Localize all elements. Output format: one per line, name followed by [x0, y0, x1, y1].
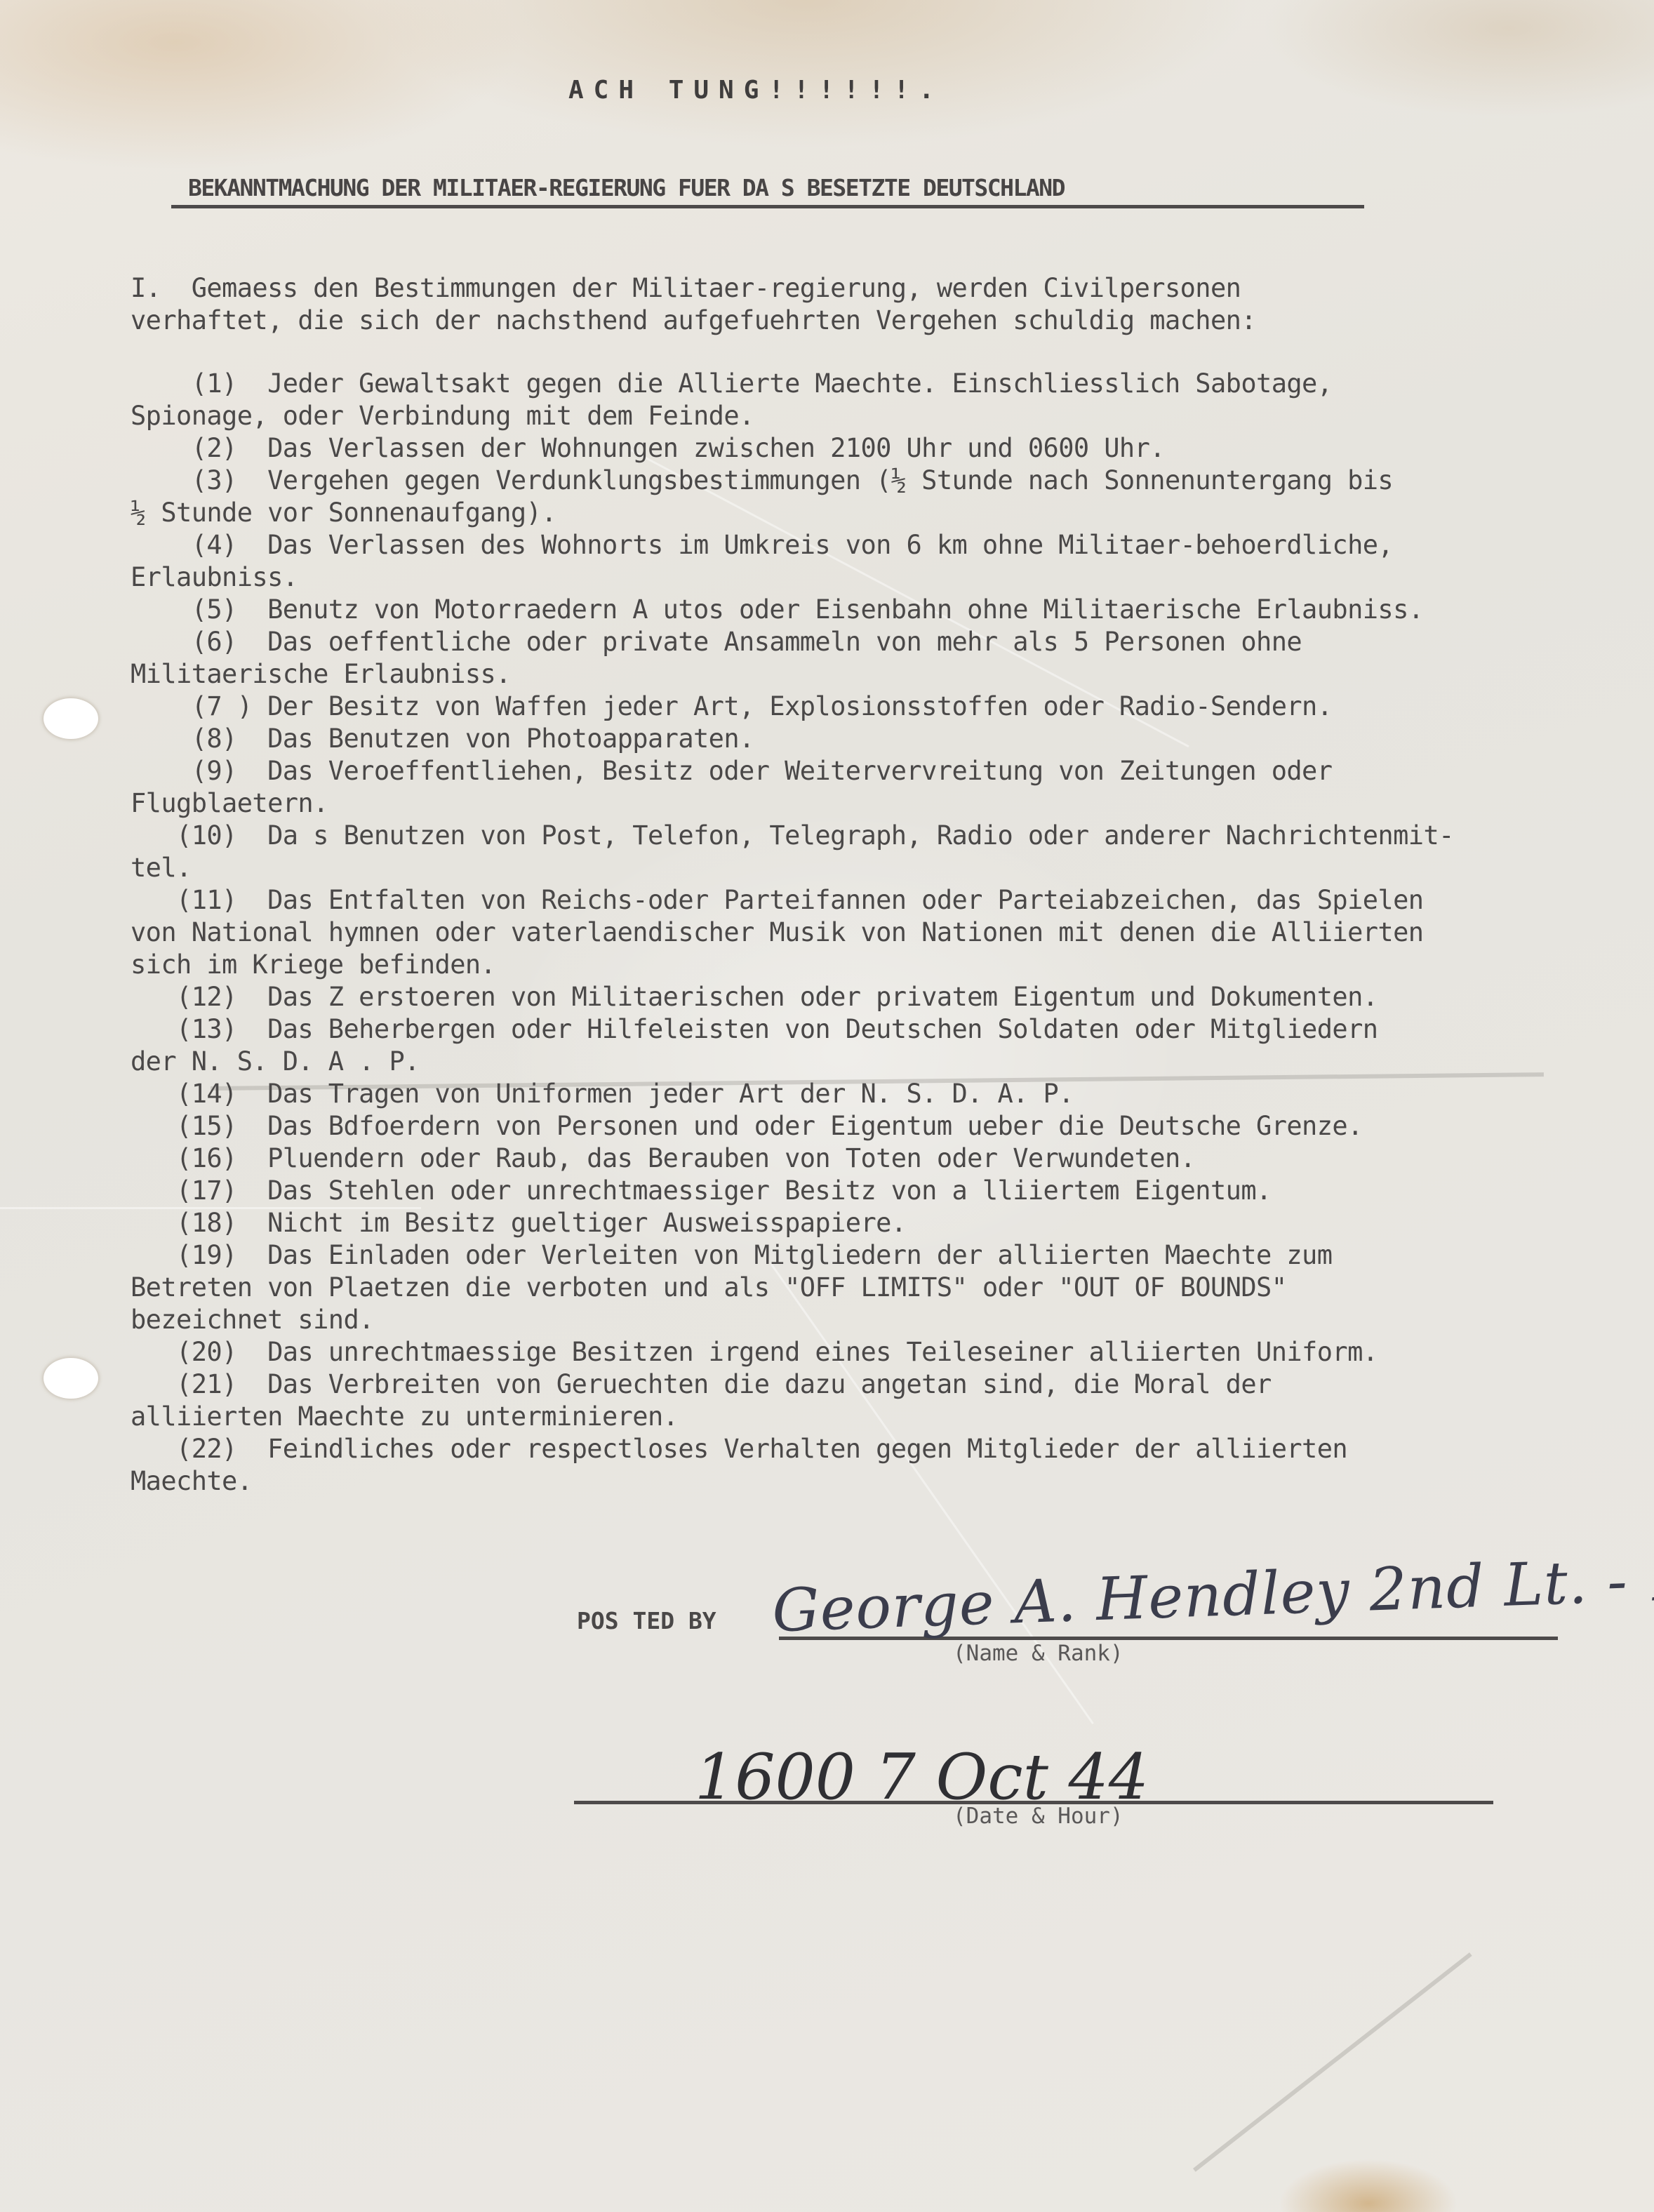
offense-item: (8) Das Benutzen von Photoapparaten. [131, 723, 1639, 755]
offense-item-line: (4) Das Verlassen des Wohnorts im Umkrei… [131, 529, 1639, 561]
offense-item-line: (20) Das unrechtmaessige Besitzen irgend… [131, 1336, 1639, 1368]
offense-item-line: (22) Feindliches oder respectloses Verha… [131, 1433, 1639, 1465]
offense-item: (15) Das Bdfoerdern von Personen und ode… [131, 1110, 1639, 1142]
offense-item-line: (14) Das Tragen von Uniformen jeder Art … [131, 1078, 1639, 1110]
offense-item: (6) Das oeffentliche oder private Ansamm… [131, 626, 1639, 691]
intro-line: I. Gemaess den Bestimmungen der Militaer… [131, 272, 1639, 305]
offense-item-line: (1) Jeder Gewaltsakt gegen die Allierte … [131, 368, 1639, 400]
offense-item-line: (6) Das oeffentliche oder private Ansamm… [131, 626, 1639, 658]
offense-item-line: (5) Benutz von Motorraedern A utos oder … [131, 594, 1639, 626]
document-subtitle: BEKANNTMACHUNG DER MILITAER-REGIERUNG FU… [188, 174, 1065, 201]
offense-item-line: Betreten von Plaetzen die verboten und a… [131, 1272, 1639, 1304]
offense-list: (1) Jeder Gewaltsakt gegen die Allierte … [131, 368, 1639, 1498]
offense-item-line: alliierten Maechte zu unterminieren. [131, 1401, 1639, 1433]
offense-item: (19) Das Einladen oder Verleiten von Mit… [131, 1239, 1639, 1336]
offense-item: (2) Das Verlassen der Wohnungen zwischen… [131, 432, 1639, 465]
offense-item-line: (13) Das Beherbergen oder Hilfeleisten v… [131, 1013, 1639, 1046]
offense-item-line: (12) Das Z erstoeren von Militaerischen … [131, 981, 1639, 1013]
offense-item-line: (2) Das Verlassen der Wohnungen zwischen… [131, 432, 1639, 465]
notice-body: I. Gemaess den Bestimmungen der Militaer… [131, 272, 1639, 1498]
offense-item: (4) Das Verlassen des Wohnorts im Umkrei… [131, 529, 1639, 594]
offense-item-line: Militaerische Erlaubniss. [131, 658, 1639, 691]
offense-item: (7 ) Der Besitz von Waffen jeder Art, Ex… [131, 691, 1639, 723]
offense-item-line: (11) Das Entfalten von Reichs-oder Parte… [131, 884, 1639, 917]
offense-item-line: Erlaubniss. [131, 561, 1639, 594]
offense-item: (13) Das Beherbergen oder Hilfeleisten v… [131, 1013, 1639, 1078]
offense-item: (16) Pluendern oder Raub, das Berauben v… [131, 1142, 1639, 1175]
posted-by-label: POS TED BY [577, 1607, 716, 1634]
document-title: ACH TUNG!!!!!!. [568, 76, 944, 105]
offense-item-line: sich im Kriege befinden. [131, 949, 1639, 981]
offense-item-line: (17) Das Stehlen oder unrechtmaessiger B… [131, 1175, 1639, 1207]
offense-item-line: bezeichnet sind. [131, 1304, 1639, 1336]
name-rank-caption: (Name & Rank) [953, 1641, 1123, 1666]
offense-item: (18) Nicht im Besitz gueltiger Ausweissp… [131, 1207, 1639, 1239]
offense-item-line: Spionage, oder Verbindung mit dem Feinde… [131, 400, 1639, 432]
offense-item-line: tel. [131, 852, 1639, 884]
offense-item-line: von National hymnen oder vaterlaendische… [131, 917, 1639, 949]
offense-item: (9) Das Veroeffentliehen, Besitz oder We… [131, 755, 1639, 820]
offense-item-line: (8) Das Benutzen von Photoapparaten. [131, 723, 1639, 755]
offense-item: (22) Feindliches oder respectloses Verha… [131, 1433, 1639, 1498]
offense-item-line: Maechte. [131, 1465, 1639, 1498]
offense-item-line: (10) Da s Benutzen von Post, Telefon, Te… [131, 820, 1639, 852]
subtitle-underline [171, 205, 1364, 208]
offense-item-line: (19) Das Einladen oder Verleiten von Mit… [131, 1239, 1639, 1272]
offense-item: (11) Das Entfalten von Reichs-oder Parte… [131, 884, 1639, 981]
punch-hole [44, 698, 98, 739]
offense-item: (14) Das Tragen von Uniformen jeder Art … [131, 1078, 1639, 1110]
offense-item-line: (15) Das Bdfoerdern von Personen und ode… [131, 1110, 1639, 1142]
offense-item: (20) Das unrechtmaessige Besitzen irgend… [131, 1336, 1639, 1368]
offense-item: (10) Da s Benutzen von Post, Telefon, Te… [131, 820, 1639, 884]
offense-item: (21) Das Verbreiten von Geruechten die d… [131, 1368, 1639, 1433]
offense-item-line: (21) Das Verbreiten von Geruechten die d… [131, 1368, 1639, 1401]
offense-item: (12) Das Z erstoeren von Militaerischen … [131, 981, 1639, 1013]
offense-item-line: der N. S. D. A . P. [131, 1046, 1639, 1078]
date-hour-caption: (Date & Hour) [953, 1804, 1123, 1829]
offense-item-line: Flugblaetern. [131, 787, 1639, 820]
offense-item-line: ½ Stunde vor Sonnenaufgang). [131, 497, 1639, 529]
offense-item: (17) Das Stehlen oder unrechtmaessiger B… [131, 1175, 1639, 1207]
offense-item-line: (18) Nicht im Besitz gueltiger Ausweissp… [131, 1207, 1639, 1239]
offense-item-line: (9) Das Veroeffentliehen, Besitz oder We… [131, 755, 1639, 787]
punch-hole [44, 1358, 98, 1399]
intro-line: verhaftet, die sich der nachsthend aufge… [131, 305, 1639, 337]
offense-item-line: (3) Vergehen gegen Verdunklungsbestimmun… [131, 465, 1639, 497]
offense-item: (3) Vergehen gegen Verdunklungsbestimmun… [131, 465, 1639, 529]
intro-paragraph: I. Gemaess den Bestimmungen der Militaer… [131, 272, 1639, 337]
offense-item-line: (16) Pluendern oder Raub, das Berauben v… [131, 1142, 1639, 1175]
offense-item: (5) Benutz von Motorraedern A utos oder … [131, 594, 1639, 626]
offense-item-line: (7 ) Der Besitz von Waffen jeder Art, Ex… [131, 691, 1639, 723]
offense-item: (1) Jeder Gewaltsakt gegen die Allierte … [131, 368, 1639, 432]
